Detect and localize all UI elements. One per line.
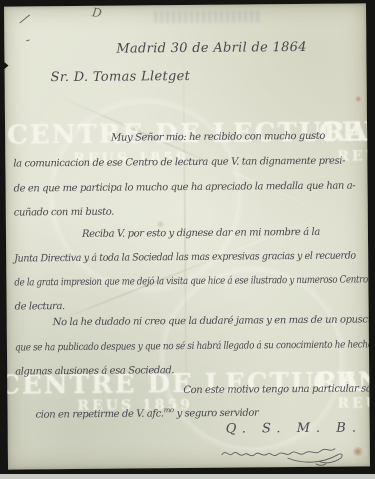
- scanned-letter-page: / , D CENTRE DE LECTURA CENTRE DE LECTUR…: [0, 0, 375, 479]
- letter-line: de lectura.: [15, 301, 65, 312]
- letter-valediction: Q. S. M. B.: [226, 420, 362, 436]
- letter-line: Muy Señor mio: he recibido con mucho gus…: [111, 131, 325, 144]
- letter-line: de la grata impresion que me dejó la vis…: [14, 274, 368, 288]
- watermark-text: CENTRE DE LECTURA: [319, 115, 370, 148]
- letter-closing-line: cion en repetirme de V. afc.mo y seguro …: [35, 405, 258, 420]
- closing-text: cion en repetirme de V. afc.: [36, 409, 164, 421]
- letter-recipient: Sr. D. Tomas Lletget: [51, 69, 191, 85]
- scanner-bed-strip: [0, 474, 375, 479]
- letter-dateline: Madrid 30 de Abril de 1864: [116, 40, 307, 57]
- letter-line: que se ha publicado despues y que no sé …: [15, 339, 370, 353]
- foxing-spot: [156, 220, 165, 228]
- pencil-mark: ,: [24, 31, 37, 45]
- letter-line: No la he dudado ni creo que la dudaré ja…: [53, 314, 370, 328]
- letter-line: de en que me participa lo mucho que ha a…: [14, 181, 356, 195]
- letter-line: la comunicacion de ese Centro de lectura…: [13, 156, 345, 170]
- signature-flourish: [218, 442, 356, 470]
- closing-superscript: mo: [164, 406, 174, 414]
- letter-line: algunas alusiones á esa Sociedad.: [15, 365, 174, 377]
- letter-paper: / , D CENTRE DE LECTURA CENTRE DE LECTUR…: [4, 3, 370, 469]
- paper-edge-notch: [4, 61, 9, 71]
- letter-line: Reciba V. por esto y dignese dar en mi n…: [82, 227, 320, 240]
- letter-line: Junta Directiva y á toda la Sociedad las…: [14, 251, 356, 265]
- embossed-circle: [35, 84, 257, 306]
- closing-text: y seguro servidor: [174, 408, 259, 420]
- pencil-mark: /: [19, 11, 30, 28]
- watermark-subtext: REUS 1859: [337, 395, 370, 412]
- faint-ink-stamp: [154, 10, 260, 23]
- pencil-mark: D: [91, 5, 102, 20]
- rust-stain: [355, 95, 362, 102]
- fold-crease: [47, 206, 345, 325]
- letter-line: cuñado con mi busto.: [14, 207, 114, 219]
- letter-line: Con este motivo tengo una particular sat…: [183, 383, 370, 396]
